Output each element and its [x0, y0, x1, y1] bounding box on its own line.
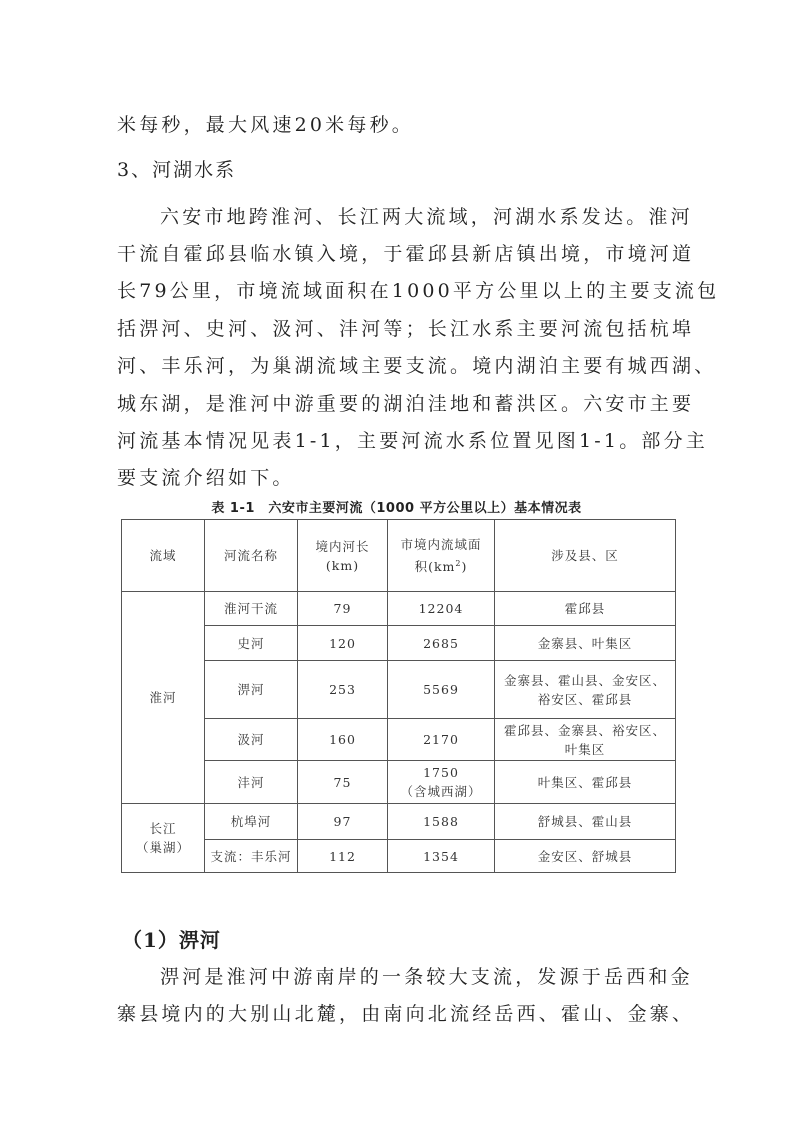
area-cell: 2170 [388, 719, 495, 761]
paragraph-line: 长79公里，市境流域面积在1000平方公里以上的主要支流包 [117, 276, 719, 303]
counties-cell: 金寨县、霍山县、金安区、 裕安区、霍邱县 [495, 661, 676, 719]
text-line: 米每秒，最大风速20米每秒。 [117, 110, 414, 137]
paragraph-line: 括淠河、史河、汲河、沣河等；长江水系主要河流包括杭埠 [117, 314, 694, 341]
river-cell: 支流：丰乐河 [205, 840, 298, 873]
river-table: 流域 河流名称 境内河长 (km) 市境内流域面 积(km2) 涉及县、区 淮河… [121, 519, 676, 873]
basin-line1: 长江 [124, 819, 202, 838]
length-cell: 112 [298, 840, 388, 873]
header-counties: 涉及县、区 [495, 520, 676, 592]
length-cell: 75 [298, 761, 388, 804]
paragraph-line: 要支流介绍如下。 [117, 463, 295, 490]
header-area-text: 积(km [415, 559, 456, 574]
basin-cell: 长江 （巢湖） [122, 804, 205, 873]
table-caption: 表 1-1 六安市主要河流（1000 平方公里以上）基本情况表 [0, 497, 793, 516]
paragraph-line: 河、丰乐河，为巢湖流域主要支流。境内湖泊主要有城西湖、 [117, 351, 716, 378]
river-cell: 史河 [205, 626, 298, 661]
river-cell: 汲河 [205, 719, 298, 761]
length-cell: 253 [298, 661, 388, 719]
counties-line2: 裕安区、霍邱县 [497, 690, 673, 709]
counties-line2: 叶集区 [497, 740, 673, 759]
paragraph-line: 干流自霍邱县临水镇入境，于霍邱县新店镇出境，市境河道 [117, 239, 694, 266]
header-area-line1: 市境内流域面 [390, 535, 492, 554]
table-header-row: 流域 河流名称 境内河长 (km) 市境内流域面 积(km2) 涉及县、区 [122, 520, 676, 592]
counties-cell: 金寨县、叶集区 [495, 626, 676, 661]
counties-cell: 霍邱县 [495, 592, 676, 626]
header-basin: 流域 [122, 520, 205, 592]
area-cell: 1354 [388, 840, 495, 873]
table-row: 汲河 160 2170 霍邱县、金寨县、裕安区、 叶集区 [122, 719, 676, 761]
length-cell: 97 [298, 804, 388, 840]
header-length: 境内河长 (km) [298, 520, 388, 592]
counties-line1: 霍邱县、金寨县、裕安区、 [497, 721, 673, 740]
section-heading: 3、河湖水系 [117, 155, 236, 182]
river-cell: 淠河 [205, 661, 298, 719]
paragraph-line: 寨县境内的大别山北麓，由南向北流经岳西、霍山、金寨、 [117, 999, 694, 1026]
area-cell: 12204 [388, 592, 495, 626]
table-row: 沣河 75 1750 （含城西湖） 叶集区、霍邱县 [122, 761, 676, 804]
paragraph-line: 河流基本情况见表1-1，主要河流水系位置见图1-1。部分主 [117, 426, 708, 453]
header-area-close: ) [462, 559, 468, 574]
table-row: 支流：丰乐河 112 1354 金安区、舒城县 [122, 840, 676, 873]
river-cell: 沣河 [205, 761, 298, 804]
river-cell: 淮河干流 [205, 592, 298, 626]
counties-cell: 霍邱县、金寨县、裕安区、 叶集区 [495, 719, 676, 761]
area-cell: 1588 [388, 804, 495, 840]
counties-line1: 金寨县、霍山县、金安区、 [497, 671, 673, 690]
area-cell: 2685 [388, 626, 495, 661]
basin-line2: （巢湖） [124, 838, 202, 857]
counties-cell: 叶集区、霍邱县 [495, 761, 676, 804]
length-cell: 79 [298, 592, 388, 626]
header-area-line2: 积(km2) [390, 554, 492, 576]
length-cell: 120 [298, 626, 388, 661]
area-line1: 1750 [390, 763, 492, 782]
paragraph-line: 六安市地跨淮河、长江两大流域，河湖水系发达。淮河 [160, 202, 693, 229]
header-length-line1: 境内河长 [300, 537, 385, 556]
table-row: 史河 120 2685 金寨县、叶集区 [122, 626, 676, 661]
length-cell: 160 [298, 719, 388, 761]
table-row: 淠河 253 5569 金寨县、霍山县、金安区、 裕安区、霍邱县 [122, 661, 676, 719]
header-length-line2: (km) [300, 556, 385, 575]
paragraph-line: 淠河是淮河中游南岸的一条较大支流，发源于岳西和金 [160, 962, 693, 989]
table-row: 淮河 淮河干流 79 12204 霍邱县 [122, 592, 676, 626]
paragraph-line: 城东湖，是淮河中游重要的湖泊洼地和蓄洪区。六安市主要 [117, 389, 694, 416]
header-river: 河流名称 [205, 520, 298, 592]
river-cell: 杭埠河 [205, 804, 298, 840]
area-line2: （含城西湖） [390, 782, 492, 801]
area-cell: 1750 （含城西湖） [388, 761, 495, 804]
table-row: 长江 （巢湖） 杭埠河 97 1588 舒城县、霍山县 [122, 804, 676, 840]
header-area: 市境内流域面 积(km2) [388, 520, 495, 592]
subsection-heading: （1）淠河 [122, 924, 221, 953]
counties-cell: 金安区、舒城县 [495, 840, 676, 873]
area-cell: 5569 [388, 661, 495, 719]
counties-cell: 舒城县、霍山县 [495, 804, 676, 840]
basin-cell: 淮河 [122, 592, 205, 804]
